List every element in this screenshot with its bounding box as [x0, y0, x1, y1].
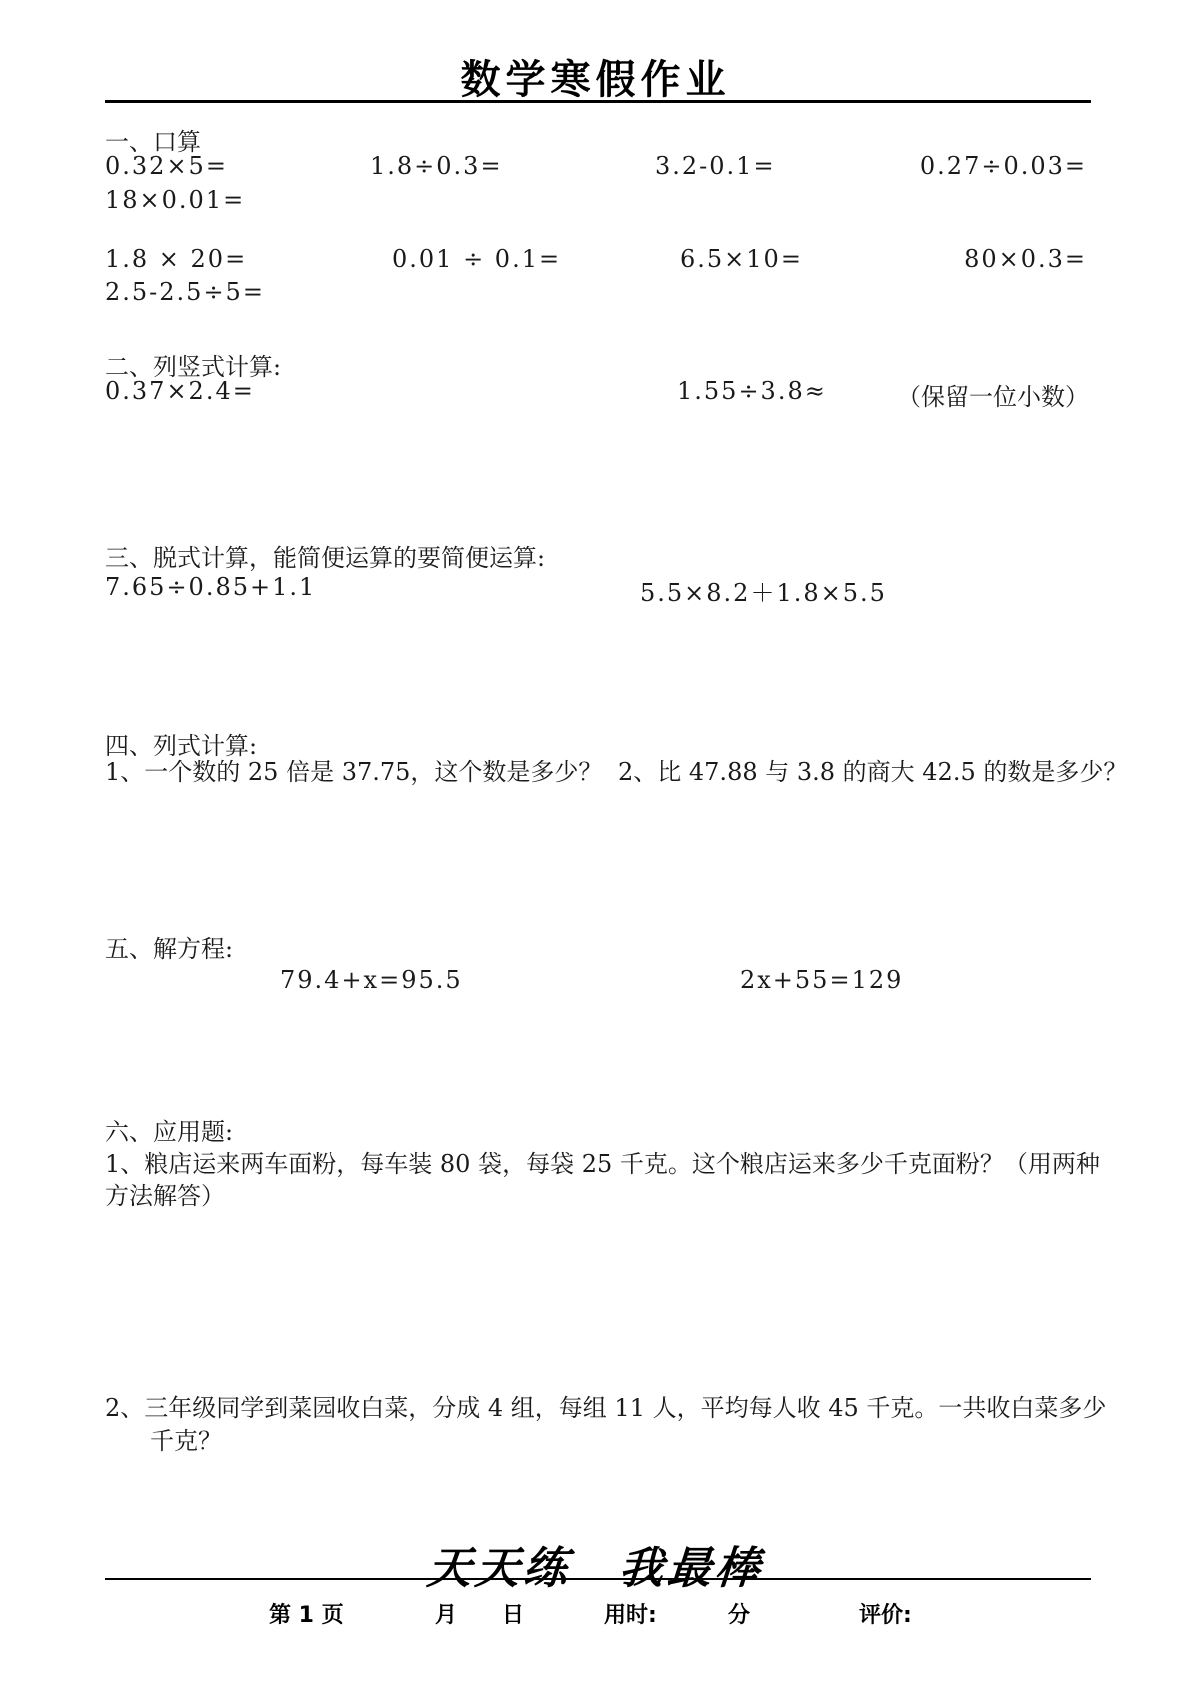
word-problem-line: 千克？ [150, 1421, 222, 1456]
section-6-heading: 六、应用题: [105, 1112, 233, 1147]
day-label: 日 [502, 1598, 524, 1629]
math-expression: 1.8÷0.3= [370, 152, 503, 180]
math-expression: 6.5×10= [680, 245, 803, 273]
math-expression: 0.32×5= [105, 152, 228, 180]
time-used-label: 用时: [604, 1598, 657, 1629]
section-3-heading: 三、脱式计算，能简便运算的要简便运算: [105, 538, 545, 573]
math-expression: 7.65÷0.85+1.1 [105, 573, 316, 601]
rounding-note: （保留一位小数） [897, 377, 1089, 412]
worksheet-page: 数学寒假作业 一、口算 0.32×5= 1.8÷0.3= 3.2-0.1= 0.… [0, 0, 1191, 1684]
title-divider [105, 100, 1091, 103]
word-problem: 1、一个数的 25 倍是 37.75，这个数是多少？ [105, 752, 602, 787]
footer-slogan: 天天练 我最棒 [0, 1532, 1191, 1596]
word-problem-line: 方法解答） [105, 1176, 225, 1211]
math-expression: 3.2-0.1= [655, 152, 776, 180]
equation: 2x+55=129 [740, 966, 903, 994]
math-expression: 0.37×2.4= [105, 377, 255, 405]
math-expression: 80×0.3= [964, 245, 1087, 273]
math-expression: 1.55÷3.8≈ [677, 377, 827, 405]
footer-divider [105, 1578, 1091, 1580]
math-expression: 2.5-2.5÷5= [105, 278, 265, 306]
math-expression: 1.8 × 20= [105, 245, 247, 273]
minutes-label: 分 [728, 1598, 750, 1629]
word-problem: 2、比 47.88 与 3.8 的商大 42.5 的数是多少？ [618, 752, 1127, 787]
math-expression: 18×0.01= [105, 186, 245, 214]
page-title: 数学寒假作业 [0, 48, 1191, 105]
page-number: 第 1 页 [269, 1598, 344, 1629]
word-problem-line: 2、三年级同学到菜园收白菜，分成 4 组，每组 11 人，平均每人收 45 千克… [105, 1388, 1106, 1423]
month-label: 月 [435, 1598, 457, 1629]
equation: 79.4+x=95.5 [280, 966, 463, 994]
math-expression: 0.01 ÷ 0.1= [392, 245, 561, 273]
math-expression: 5.5×8.2＋1.8×5.5 [640, 573, 887, 608]
word-problem-line: 1、粮店运来两车面粉，每车装 80 袋，每袋 25 千克。这个粮店运来多少千克面… [105, 1144, 1100, 1179]
math-expression: 0.27÷0.03= [920, 152, 1087, 180]
section-5-heading: 五、解方程: [105, 929, 233, 964]
rating-label: 评价: [859, 1598, 912, 1629]
